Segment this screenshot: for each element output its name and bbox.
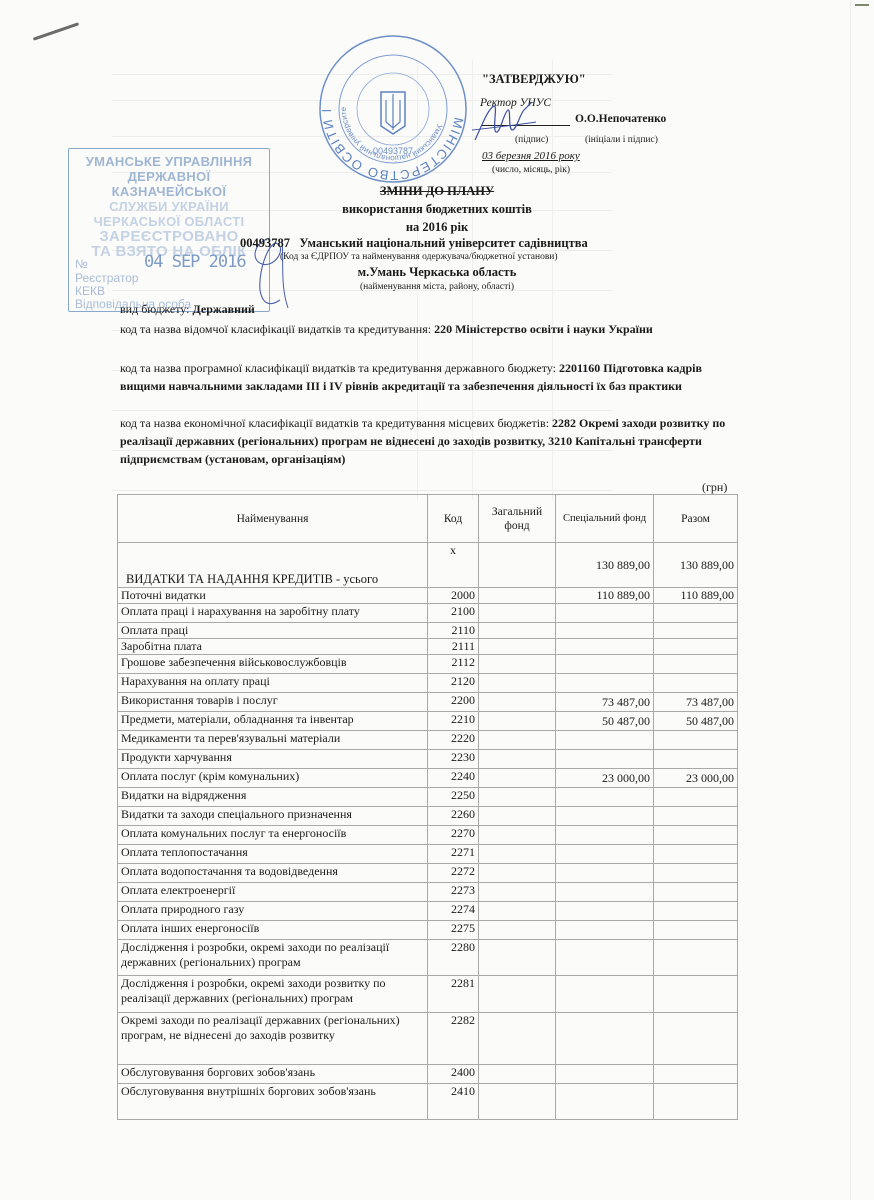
table-row: Грошове забезпечення військовослужбовців… — [118, 655, 738, 674]
date-caption: (число, місяць, рік) — [492, 165, 570, 175]
row-general-fund — [479, 693, 556, 712]
table-header-row: Найменування Код Загальний фонд Спеціаль… — [118, 495, 738, 543]
initials-caption: (ініціали і підпис) — [585, 135, 658, 145]
row-name: Дослідження і розробки, окремі заходи ро… — [118, 976, 428, 1013]
row-name: Використання товарів і послуг — [118, 693, 428, 712]
table-row: Оплата водопостачання та водовідведення2… — [118, 864, 738, 883]
row-total — [654, 807, 738, 826]
table-row: Обслуговування боргових зобов'язань2400 — [118, 1065, 738, 1084]
document-subtitle: використання бюджетних коштів — [0, 202, 874, 217]
row-name: Заробітна плата — [118, 639, 428, 655]
row-special-fund — [556, 902, 654, 921]
row-general-fund — [479, 883, 556, 902]
row-special-fund — [556, 1013, 654, 1065]
row-general-fund — [479, 921, 556, 940]
row-code: 2120 — [428, 674, 479, 693]
row-general-fund — [479, 788, 556, 807]
table-row: Оплата праці і нарахування на заробітну … — [118, 604, 738, 623]
header-name: Найменування — [118, 495, 428, 543]
official-seal: МІНІСТЕРСТВО ОСВІТИ І НАУКИ УКРАЇНИ Уман… — [318, 34, 468, 184]
row-code: 2200 — [428, 693, 479, 712]
table-row: Оплата електроенергії2273 — [118, 883, 738, 902]
row-total — [654, 1084, 738, 1120]
row-total — [654, 864, 738, 883]
row-special-fund — [556, 731, 654, 750]
dept-label: код та назва відомчої класифікації видат… — [120, 322, 434, 336]
stamp-line: УМАНСЬКЕ УПРАВЛІННЯ — [69, 154, 269, 169]
table-row: Поточні видатки2000110 889,00110 889,00 — [118, 588, 738, 604]
total-name: ВИДАТКИ ТА НАДАННЯ КРЕДИТІВ - усього — [118, 543, 428, 588]
econ-label: код та назва економічної класифікації ви… — [120, 416, 552, 430]
row-special-fund — [556, 807, 654, 826]
row-code: 2400 — [428, 1065, 479, 1084]
org-code: 00493787 — [240, 236, 290, 250]
row-special-fund — [556, 883, 654, 902]
row-code: 2410 — [428, 1084, 479, 1120]
row-total — [654, 902, 738, 921]
row-special-fund — [556, 921, 654, 940]
dept-classification: код та назва відомчої класифікації видат… — [120, 320, 740, 338]
row-name: Оплата водопостачання та водовідведення — [118, 864, 428, 883]
approval-date: 03 березня 2016 року — [482, 150, 580, 162]
table-row: Оплата праці2110 — [118, 623, 738, 639]
row-name: Оплата теплопостачання — [118, 845, 428, 864]
table-row: Оплата природного газу2274 — [118, 902, 738, 921]
row-code: 2280 — [428, 940, 479, 976]
organization-line: 00493787 Уманський національний універси… — [240, 236, 588, 251]
total-special: 130 889,00 — [556, 543, 654, 588]
row-general-fund — [479, 976, 556, 1013]
pen-mark — [33, 22, 79, 40]
program-label: код та назва програмної класифікації вид… — [120, 361, 559, 375]
row-total — [654, 750, 738, 769]
row-code: 2260 — [428, 807, 479, 826]
header-special-fund: Спеціальний фонд — [556, 495, 654, 543]
row-general-fund — [479, 902, 556, 921]
row-special-fund — [556, 788, 654, 807]
table-row: Продукти харчування2230 — [118, 750, 738, 769]
row-name: Дослідження і розробки, окремі заходи по… — [118, 940, 428, 976]
row-name: Медикаменти та перев'язувальні матеріали — [118, 731, 428, 750]
expenditure-table: Найменування Код Загальний фонд Спеціаль… — [117, 494, 738, 1120]
row-name: Нарахування на оплату праці — [118, 674, 428, 693]
header-code: Код — [428, 495, 479, 543]
table-row: Заробітна плата2111 — [118, 639, 738, 655]
header-total: Разом — [654, 495, 738, 543]
table-row: Обслуговування внутрішніх боргових зобов… — [118, 1084, 738, 1120]
row-general-fund — [479, 1065, 556, 1084]
row-special-fund — [556, 826, 654, 845]
total-sum: 130 889,00 — [654, 543, 738, 588]
budget-type: вид бюджету: Державний — [120, 300, 740, 318]
row-general-fund — [479, 807, 556, 826]
row-general-fund — [479, 769, 556, 788]
row-total — [654, 921, 738, 940]
table-row: Видатки та заходи спеціального призначен… — [118, 807, 738, 826]
row-name: Грошове забезпечення військовослужбовців — [118, 655, 428, 674]
program-classification: код та назва програмної класифікації вид… — [120, 359, 740, 395]
row-total: 23 000,00 — [654, 769, 738, 788]
table-row: Предмети, матеріали, обладнання та інвен… — [118, 712, 738, 731]
table-row: Оплата теплопостачання2271 — [118, 845, 738, 864]
document-title: ЗМІНИ ДО ПЛАНУ — [0, 184, 874, 199]
currency-unit: (грн) — [702, 480, 727, 495]
total-general — [479, 543, 556, 588]
row-code: 2270 — [428, 826, 479, 845]
row-name: Видатки на відрядження — [118, 788, 428, 807]
row-code: 2240 — [428, 769, 479, 788]
row-general-fund — [479, 604, 556, 623]
row-total — [654, 731, 738, 750]
row-special-fund — [556, 750, 654, 769]
row-code: 2210 — [428, 712, 479, 731]
row-name: Окремі заходи по реалізації державних (р… — [118, 1013, 428, 1065]
row-total — [654, 1013, 738, 1065]
row-code: 2110 — [428, 623, 479, 639]
row-name: Поточні видатки — [118, 588, 428, 604]
row-name: Видатки та заходи спеціального призначен… — [118, 807, 428, 826]
row-name: Обслуговування боргових зобов'язань — [118, 1065, 428, 1084]
total-row: ВИДАТКИ ТА НАДАННЯ КРЕДИТІВ - усього x 1… — [118, 543, 738, 588]
row-total — [654, 1065, 738, 1084]
row-code: 2100 — [428, 604, 479, 623]
table-row: Окремі заходи по реалізації державних (р… — [118, 1013, 738, 1065]
row-name: Предмети, матеріали, обладнання та інвен… — [118, 712, 428, 731]
row-general-fund — [479, 639, 556, 655]
row-total — [654, 788, 738, 807]
row-general-fund — [479, 845, 556, 864]
row-special-fund — [556, 674, 654, 693]
row-total — [654, 826, 738, 845]
row-total: 50 487,00 — [654, 712, 738, 731]
row-name: Обслуговування внутрішніх боргових зобов… — [118, 1084, 428, 1120]
rector-signature — [470, 100, 540, 145]
row-special-fund — [556, 655, 654, 674]
row-special-fund — [556, 976, 654, 1013]
row-name: Оплата праці — [118, 623, 428, 639]
row-total — [654, 639, 738, 655]
row-total: 73 487,00 — [654, 693, 738, 712]
table-row: Дослідження і розробки, окремі заходи по… — [118, 940, 738, 976]
row-code: 2250 — [428, 788, 479, 807]
row-name: Оплата природного газу — [118, 902, 428, 921]
row-special-fund — [556, 940, 654, 976]
row-general-fund — [479, 712, 556, 731]
row-code: 2281 — [428, 976, 479, 1013]
row-special-fund — [556, 864, 654, 883]
econ-classification: код та назва економічної класифікації ви… — [120, 414, 740, 468]
row-special-fund — [556, 1065, 654, 1084]
row-total — [654, 604, 738, 623]
corner-mark — [855, 4, 869, 6]
row-special-fund — [556, 1084, 654, 1120]
row-special-fund: 23 000,00 — [556, 769, 654, 788]
row-total — [654, 940, 738, 976]
table-row: Нарахування на оплату праці2120 — [118, 674, 738, 693]
row-general-fund — [479, 731, 556, 750]
document-year: на 2016 рік — [0, 220, 874, 235]
row-code: 2230 — [428, 750, 479, 769]
table-row: Оплата послуг (крім комунальних)224023 0… — [118, 769, 738, 788]
row-code: 2271 — [428, 845, 479, 864]
row-special-fund: 110 889,00 — [556, 588, 654, 604]
total-code: x — [428, 543, 479, 588]
approver-name: О.О.Непочатенко — [575, 113, 666, 125]
row-code: 2275 — [428, 921, 479, 940]
row-name: Оплата електроенергії — [118, 883, 428, 902]
row-special-fund: 50 487,00 — [556, 712, 654, 731]
row-total — [654, 674, 738, 693]
row-general-fund — [479, 588, 556, 604]
row-code: 2274 — [428, 902, 479, 921]
table-row: Оплата комунальних послуг та енергоносії… — [118, 826, 738, 845]
row-total — [654, 845, 738, 864]
row-general-fund — [479, 1084, 556, 1120]
row-special-fund — [556, 604, 654, 623]
row-total: 110 889,00 — [654, 588, 738, 604]
row-general-fund — [479, 623, 556, 639]
row-general-fund — [479, 1013, 556, 1065]
row-general-fund — [479, 864, 556, 883]
city-caption: (найменування міста, району, області) — [0, 282, 874, 292]
table-row: Видатки на відрядження2250 — [118, 788, 738, 807]
row-code: 2282 — [428, 1013, 479, 1065]
budget-type-value: Державний — [192, 302, 254, 316]
svg-text:00493787: 00493787 — [373, 146, 413, 156]
row-general-fund — [479, 826, 556, 845]
row-code: 2272 — [428, 864, 479, 883]
org-caption: (Код за ЄДРПОУ та найменування одержувач… — [280, 252, 558, 262]
row-code: 2220 — [428, 731, 479, 750]
row-code: 2000 — [428, 588, 479, 604]
budget-type-label: вид бюджету: — [120, 302, 192, 316]
row-total — [654, 883, 738, 902]
row-general-fund — [479, 750, 556, 769]
row-special-fund — [556, 623, 654, 639]
row-special-fund — [556, 845, 654, 864]
row-general-fund — [479, 655, 556, 674]
row-special-fund — [556, 639, 654, 655]
table-row: Оплата інших енергоносіїв2275 — [118, 921, 738, 940]
dept-value: 220 Міністерство освіти і науки України — [434, 322, 653, 336]
row-code: 2273 — [428, 883, 479, 902]
row-name: Оплата інших енергоносіїв — [118, 921, 428, 940]
row-total — [654, 623, 738, 639]
table-row: Дослідження і розробки, окремі заходи ро… — [118, 976, 738, 1013]
row-total — [654, 976, 738, 1013]
approval-title: "ЗАТВЕРДЖУЮ" — [482, 72, 586, 87]
row-code: 2112 — [428, 655, 479, 674]
page-edge — [850, 0, 851, 1200]
row-name: Оплата комунальних послуг та енергоносії… — [118, 826, 428, 845]
city: м.Умань Черкаська область — [0, 265, 874, 280]
table-row: Медикаменти та перев'язувальні матеріали… — [118, 731, 738, 750]
row-name: Оплата праці і нарахування на заробітну … — [118, 604, 428, 623]
row-code: 2111 — [428, 639, 479, 655]
org-name: Уманський національний університет садів… — [299, 236, 587, 250]
row-general-fund — [479, 674, 556, 693]
row-name: Продукти харчування — [118, 750, 428, 769]
table-row: Використання товарів і послуг220073 487,… — [118, 693, 738, 712]
row-special-fund: 73 487,00 — [556, 693, 654, 712]
row-total — [654, 655, 738, 674]
row-name: Оплата послуг (крім комунальних) — [118, 769, 428, 788]
header-general-fund: Загальний фонд — [479, 495, 556, 543]
row-general-fund — [479, 940, 556, 976]
